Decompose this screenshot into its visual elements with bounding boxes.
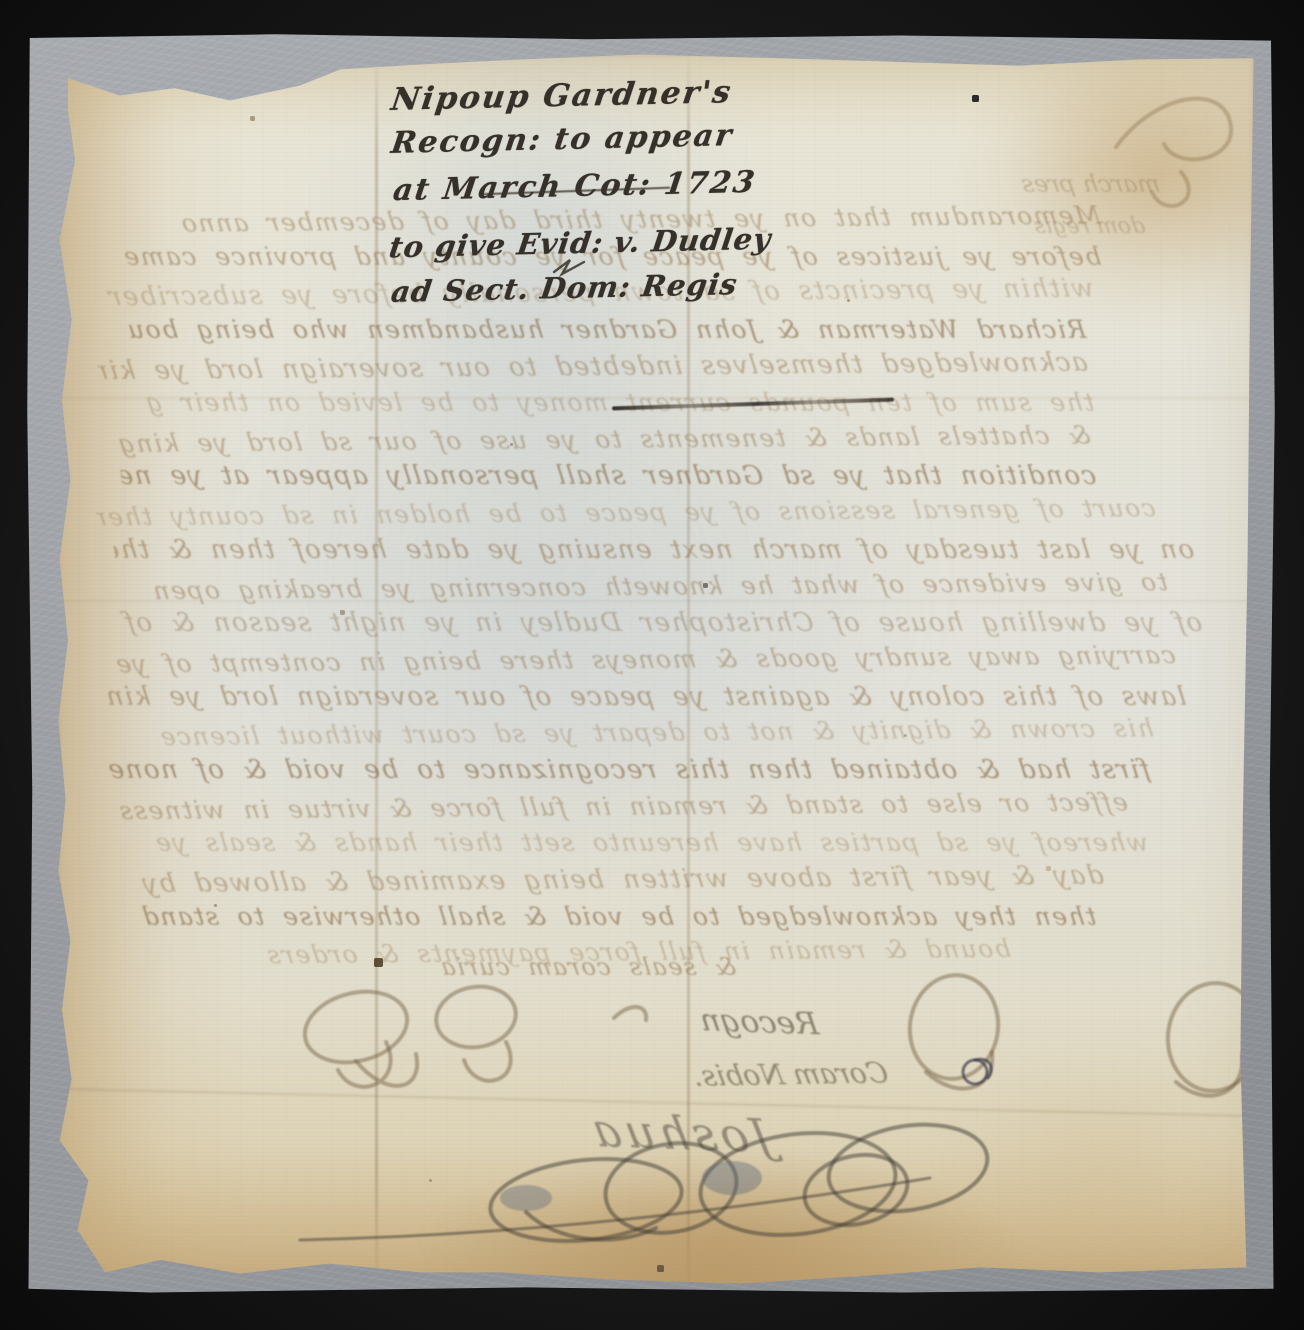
manuscript-paper: Memorandum that on ye twenty third day o…: [56, 52, 1256, 1296]
scanned-document-photograph: Memorandum that on ye twenty third day o…: [0, 0, 1304, 1330]
bleed-blot-blue-left: [500, 1185, 552, 1211]
endorsement-flourish-mark: [550, 254, 590, 280]
bleed-blot-blue-right: [702, 1161, 762, 1195]
